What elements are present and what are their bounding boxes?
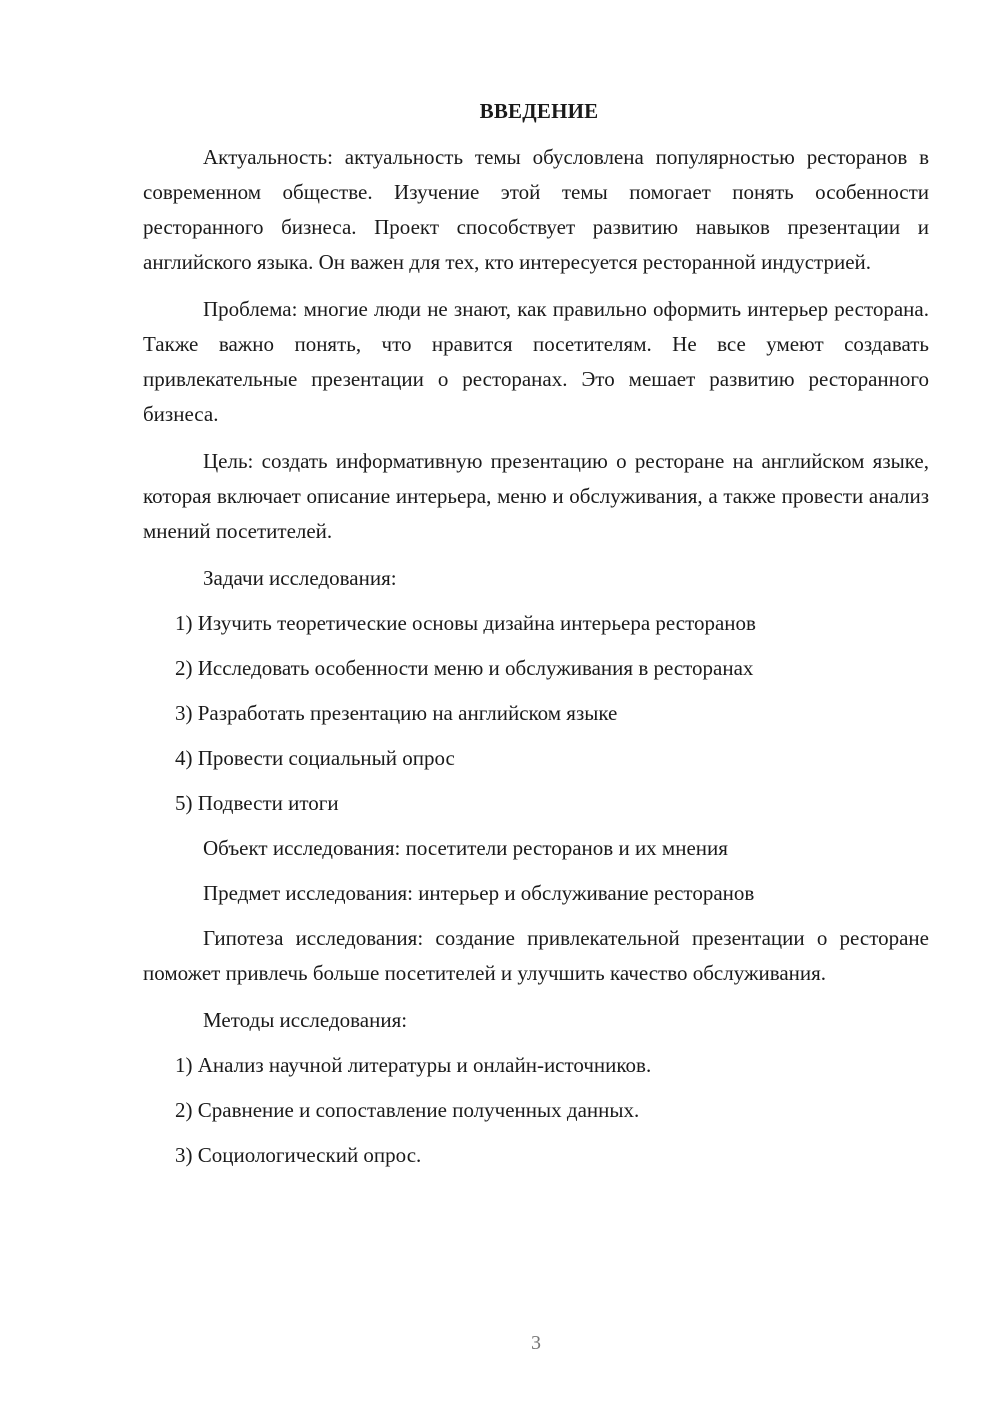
task-item: 1) Изучить теоретические основы дизайна … (143, 606, 929, 641)
goal-paragraph: Цель: создать информативную презентацию … (143, 444, 929, 549)
page-number: 3 (0, 1332, 1000, 1355)
methods-label: Методы исследования: (143, 1003, 929, 1038)
research-subject: Предмет исследования: интерьер и обслужи… (143, 876, 929, 911)
task-item: 3) Разработать презентацию на английском… (143, 696, 929, 731)
task-item: 4) Провести социальный опрос (143, 741, 929, 776)
task-item: 5) Подвести итоги (143, 786, 929, 821)
tasks-label: Задачи исследования: (143, 561, 929, 596)
document-page: ВВЕДЕНИЕ Актуальность: актуальность темы… (143, 96, 929, 1183)
problem-paragraph: Проблема: многие люди не знают, как прав… (143, 292, 929, 432)
relevance-paragraph: Актуальность: актуальность темы обусловл… (143, 140, 929, 280)
tasks-list: 1) Изучить теоретические основы дизайна … (143, 606, 929, 821)
hypothesis-paragraph: Гипотеза исследования: создание привлека… (143, 921, 929, 991)
section-title: ВВЕДЕНИЕ (143, 96, 929, 126)
method-item: 3) Социологический опрос. (143, 1138, 929, 1173)
research-object: Объект исследования: посетители ресторан… (143, 831, 929, 866)
method-item: 1) Анализ научной литературы и онлайн-ис… (143, 1048, 929, 1083)
task-item: 2) Исследовать особенности меню и обслуж… (143, 651, 929, 686)
methods-list: 1) Анализ научной литературы и онлайн-ис… (143, 1048, 929, 1173)
method-item: 2) Сравнение и сопоставление полученных … (143, 1093, 929, 1128)
